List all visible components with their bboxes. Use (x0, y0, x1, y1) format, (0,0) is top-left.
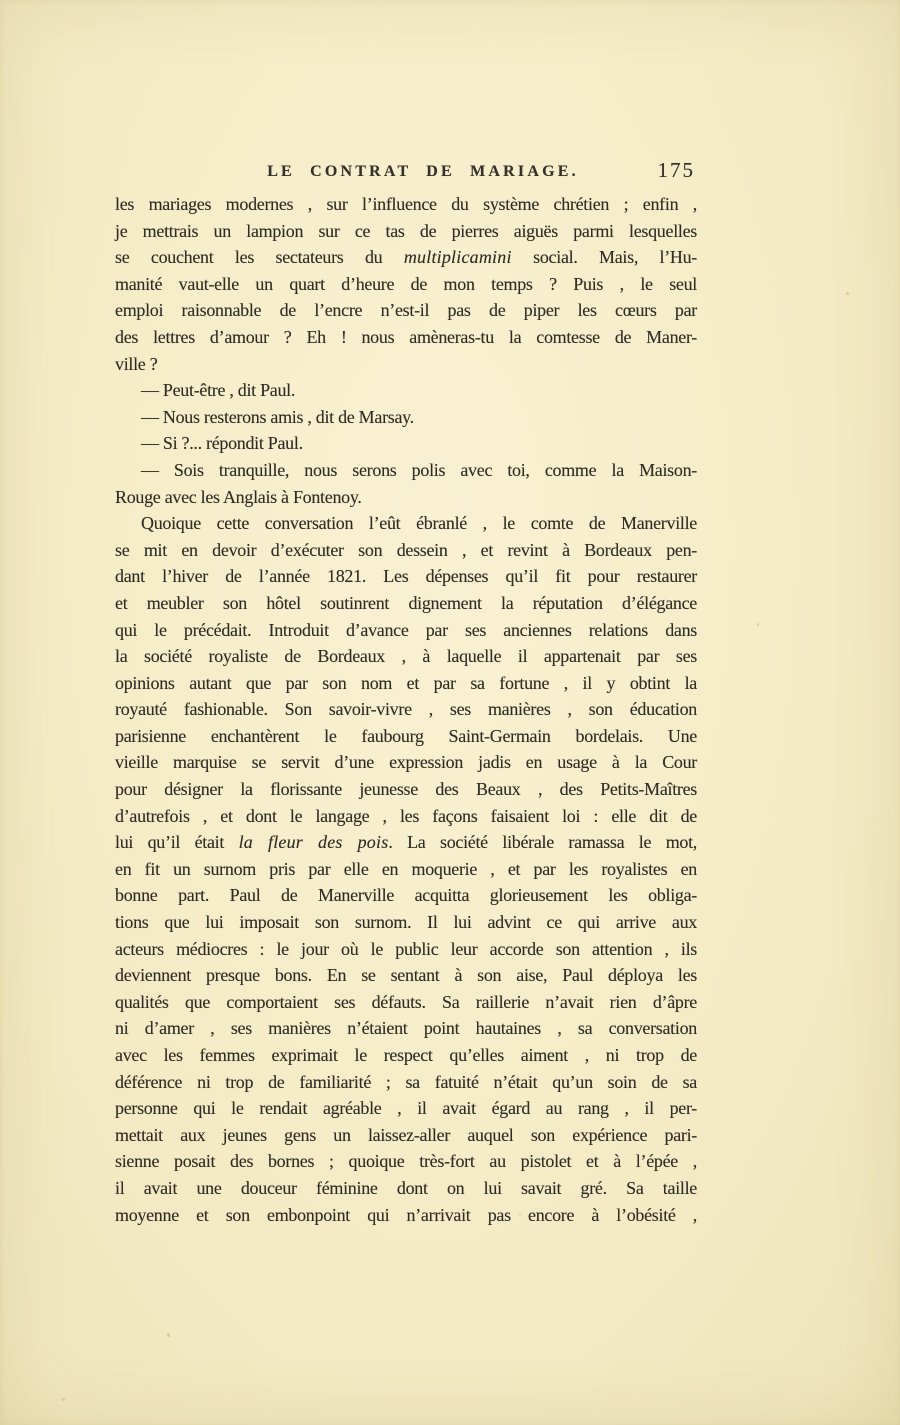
text-line: se couchent les sectateurs du multiplica… (115, 244, 697, 271)
text-line: ville ? (115, 351, 697, 378)
text-line: deviennent presque bons. En se sentant à… (115, 962, 697, 989)
text-line: dant l’hiver de l’année 1821. Les dépens… (115, 563, 697, 590)
text-line: royauté fashionable. Son savoir-vivre , … (115, 696, 697, 723)
page-number: 175 (658, 158, 696, 183)
dialogue-line: — Si ?... répondit Paul. (115, 430, 697, 457)
text-line: personne qui le rendait agréable , il av… (115, 1095, 697, 1122)
text-line: qualités que comportaient ses défauts. S… (115, 989, 697, 1016)
text-line: ni d’amer , ses manières n’étaient point… (115, 1015, 697, 1042)
dialogue-line: — Sois tranquille, nous serons polis ave… (115, 457, 697, 484)
text-line: moyenne et son embonpoint qui n’arrivait… (115, 1202, 697, 1229)
italic-phrase: la fleur des pois (239, 832, 389, 852)
text-block: les mariages modernes , sur l’influence … (115, 191, 697, 1228)
text-line: déférence ni trop de familiarité ; sa fa… (115, 1069, 697, 1096)
text-line: Quoique cette conversation l’eût ébranlé… (115, 510, 697, 537)
paper-speck (62, 1398, 65, 1401)
running-header-title: LE CONTRAT DE MARIAGE. (149, 163, 697, 181)
paper-speck (519, 1213, 521, 1215)
text-line: d’autrefois , et dont le langage , les f… (115, 803, 697, 830)
text-line: sienne posait des bornes ; quoique très-… (115, 1148, 697, 1175)
paper-speck (757, 623, 759, 626)
text-segment: social. Mais, l’Hu- (512, 247, 697, 267)
book-page: LE CONTRAT DE MARIAGE. 175 les mariages … (0, 0, 900, 1425)
text-line: avec les femmes exprimait le respect qu’… (115, 1042, 697, 1069)
text-line: en fit un surnom pris par elle en moquer… (115, 856, 697, 883)
text-line: lui qu’il était la fleur des pois. La so… (115, 829, 697, 856)
italic-phrase: multiplicamini (404, 247, 512, 267)
text-line: opinions autant que par son nom et par s… (115, 670, 697, 697)
text-line: et meubler son hôtel soutinrent dignemen… (115, 590, 697, 617)
page-header: LE CONTRAT DE MARIAGE. 175 (115, 159, 697, 185)
text-line: il avait une douceur féminine dont on lu… (115, 1175, 697, 1202)
paper-speck (167, 1333, 170, 1337)
text-line: vieille marquise se servit d’une express… (115, 749, 697, 776)
text-line: manité vaut-elle un quart d’heure de mon… (115, 271, 697, 298)
text-line: se mit en devoir d’exécuter son dessein … (115, 537, 697, 564)
text-line: des lettres d’amour ? Eh ! nous amèneras… (115, 324, 697, 351)
text-line: parisienne enchantèrent le faubourg Sain… (115, 723, 697, 750)
text-segment: lui qu’il était (115, 832, 239, 852)
paper-speck (846, 292, 849, 295)
dialogue-line: — Peut-être , dit Paul. (115, 377, 697, 404)
text-line: tions que lui imposait son surnom. Il lu… (115, 909, 697, 936)
text-line: mettait aux jeunes gens un laissez-aller… (115, 1122, 697, 1149)
text-segment: . La société libérale ramassa le mot, (388, 832, 697, 852)
text-line: qui le précédait. Introduit d’avance par… (115, 617, 697, 644)
text-line: emploi raisonnable de l’encre n’est-il p… (115, 297, 697, 324)
dialogue-line: — Nous resterons amis , dit de Marsay. (115, 404, 697, 431)
text-line: pour désigner la florissante jeunesse de… (115, 776, 697, 803)
text-line: acteurs médiocres : le jour où le public… (115, 936, 697, 963)
text-line: je mettrais un lampion sur ce tas de pie… (115, 218, 697, 245)
text-segment: se couchent les sectateurs du (115, 247, 404, 267)
text-line: la société royaliste de Bordeaux , à laq… (115, 643, 697, 670)
text-line: Rouge avec les Anglais à Fontenoy. (115, 484, 697, 511)
text-line: les mariages modernes , sur l’influence … (115, 191, 697, 218)
text-line: bonne part. Paul de Manerville acquitta … (115, 882, 697, 909)
